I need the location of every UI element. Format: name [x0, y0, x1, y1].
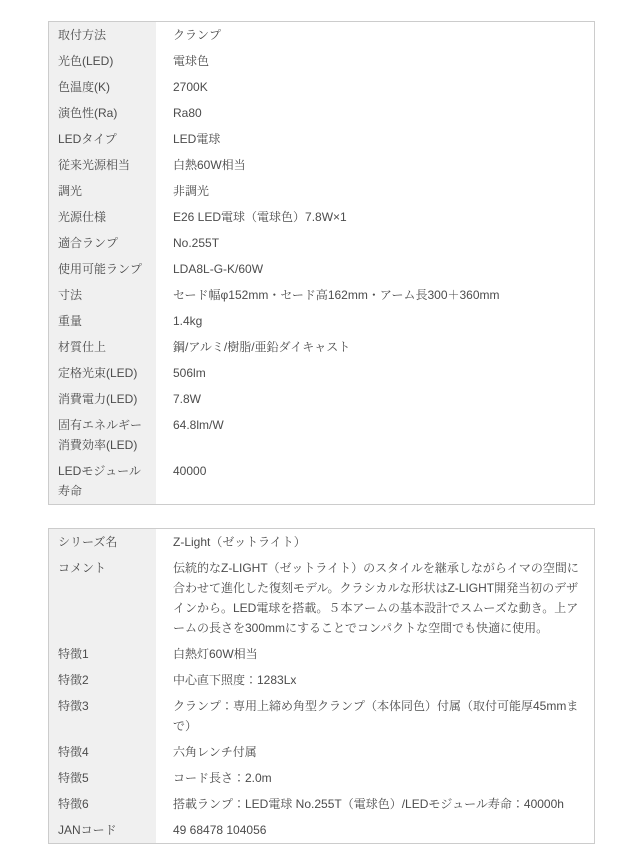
spec-row: 取付方法クランプ	[49, 22, 594, 48]
spec-row-value: 六角レンチ付属	[156, 739, 594, 765]
spec-row-value: 鋼/アルミ/樹脂/亜鉛ダイキャスト	[156, 334, 594, 360]
spec-row: コメント伝統的なZ-LIGHT（ゼットライト）のスタイルを継承しながらイマの空間…	[49, 555, 594, 641]
spec-row-value: LED電球	[156, 126, 594, 152]
spec-row-value: Z-Light（ゼットライト）	[156, 529, 594, 555]
spec-row-value: 中心直下照度：1283Lx	[156, 667, 594, 693]
product-specifications-table: 取付方法クランプ光色(LED)電球色色温度(K)2700K演色性(Ra)Ra80…	[48, 21, 595, 505]
spec-row: LEDタイプLED電球	[49, 126, 594, 152]
spec-row-label: 従来光源相当	[49, 152, 156, 178]
spec-row: 光色(LED)電球色	[49, 48, 594, 74]
spec-row-value: 40000	[156, 458, 594, 504]
spec-row-label: 特徴4	[49, 739, 156, 765]
spec-row-label: 特徴6	[49, 791, 156, 817]
spec-row-value: No.255T	[156, 230, 594, 256]
spec-row-label: シリーズ名	[49, 529, 156, 555]
spec-row: 特徴2中心直下照度：1283Lx	[49, 667, 594, 693]
spec-row-value: E26 LED電球（電球色）7.8W×1	[156, 204, 594, 230]
spec-row-label: 材質仕上	[49, 334, 156, 360]
spec-row-label: LEDモジュール寿命	[49, 458, 156, 504]
spec-row-value: クランプ	[156, 22, 594, 48]
spec-row: 定格光束(LED)506lm	[49, 360, 594, 386]
spec-row: 演色性(Ra)Ra80	[49, 100, 594, 126]
spec-row-value: セード幅φ152mm・セード高162mm・アーム長300＋360mm	[156, 282, 594, 308]
spec-row-value: LDA8L-G-K/60W	[156, 256, 594, 282]
spec-row-label: 特徴2	[49, 667, 156, 693]
spec-row-value: 電球色	[156, 48, 594, 74]
spec-row-value: 506lm	[156, 360, 594, 386]
spec-row: 使用可能ランプLDA8L-G-K/60W	[49, 256, 594, 282]
spec-row: 特徴1白熱灯60W相当	[49, 641, 594, 667]
spec-row: 材質仕上鋼/アルミ/樹脂/亜鉛ダイキャスト	[49, 334, 594, 360]
spec-row-value: Ra80	[156, 100, 594, 126]
spec-row-label: 光源仕様	[49, 204, 156, 230]
spec-row-value: 非調光	[156, 178, 594, 204]
spec-row-label: 寸法	[49, 282, 156, 308]
product-details-table: シリーズ名Z-Light（ゼットライト）コメント伝統的なZ-LIGHT（ゼットラ…	[48, 528, 595, 844]
spec-row-label: LEDタイプ	[49, 126, 156, 152]
spec-row-label: 適合ランプ	[49, 230, 156, 256]
spec-row-label: 消費電力(LED)	[49, 386, 156, 412]
spec-row: 重量1.4kg	[49, 308, 594, 334]
spec-row-value: 白熱60W相当	[156, 152, 594, 178]
spec-row: 消費電力(LED)7.8W	[49, 386, 594, 412]
spec-row-label: 光色(LED)	[49, 48, 156, 74]
spec-row: 色温度(K)2700K	[49, 74, 594, 100]
spec-row-value: 1.4kg	[156, 308, 594, 334]
spec-row-label: 使用可能ランプ	[49, 256, 156, 282]
spec-row: 従来光源相当白熱60W相当	[49, 152, 594, 178]
spec-row-value: 49 68478 104056	[156, 817, 594, 843]
spec-row: 寸法セード幅φ152mm・セード高162mm・アーム長300＋360mm	[49, 282, 594, 308]
product-spec-page: 取付方法クランプ光色(LED)電球色色温度(K)2700K演色性(Ra)Ra80…	[0, 0, 640, 864]
spec-row: JANコード49 68478 104056	[49, 817, 594, 843]
spec-row-label: 重量	[49, 308, 156, 334]
spec-row: 特徴5コード長さ：2.0m	[49, 765, 594, 791]
spec-row-label: 固有エネルギー消費効率(LED)	[49, 412, 156, 458]
spec-row-label: JANコード	[49, 817, 156, 843]
spec-row: 適合ランプNo.255T	[49, 230, 594, 256]
spec-row-value: 2700K	[156, 74, 594, 100]
spec-row: 特徴4六角レンチ付属	[49, 739, 594, 765]
spec-row: LEDモジュール寿命40000	[49, 458, 594, 504]
spec-row: 固有エネルギー消費効率(LED)64.8lm/W	[49, 412, 594, 458]
spec-row-value: 64.8lm/W	[156, 412, 594, 458]
spec-row: 光源仕様E26 LED電球（電球色）7.8W×1	[49, 204, 594, 230]
spec-row-label: 特徴3	[49, 693, 156, 739]
spec-row: 調光非調光	[49, 178, 594, 204]
spec-row: 特徴3クランプ：専用上締め角型クランプ（本体同色）付属（取付可能厚45mmまで）	[49, 693, 594, 739]
spec-row-label: 色温度(K)	[49, 74, 156, 100]
spec-row-label: 演色性(Ra)	[49, 100, 156, 126]
spec-row-value: 白熱灯60W相当	[156, 641, 594, 667]
spec-row: シリーズ名Z-Light（ゼットライト）	[49, 529, 594, 555]
spec-row-label: 特徴1	[49, 641, 156, 667]
spec-row-label: コメント	[49, 555, 156, 641]
spec-row-label: 定格光束(LED)	[49, 360, 156, 386]
spec-row-value: コード長さ：2.0m	[156, 765, 594, 791]
spec-row-label: 調光	[49, 178, 156, 204]
spec-row: 特徴6搭載ランプ：LED電球 No.255T（電球色）/LEDモジュール寿命：4…	[49, 791, 594, 817]
spec-row-label: 取付方法	[49, 22, 156, 48]
spec-row-label: 特徴5	[49, 765, 156, 791]
spec-row-value: 搭載ランプ：LED電球 No.255T（電球色）/LEDモジュール寿命：4000…	[156, 791, 594, 817]
spec-row-value: 7.8W	[156, 386, 594, 412]
spec-row-value: クランプ：専用上締め角型クランプ（本体同色）付属（取付可能厚45mmまで）	[156, 693, 594, 739]
spec-row-value: 伝統的なZ-LIGHT（ゼットライト）のスタイルを継承しながらイマの空間に合わせ…	[156, 555, 594, 641]
